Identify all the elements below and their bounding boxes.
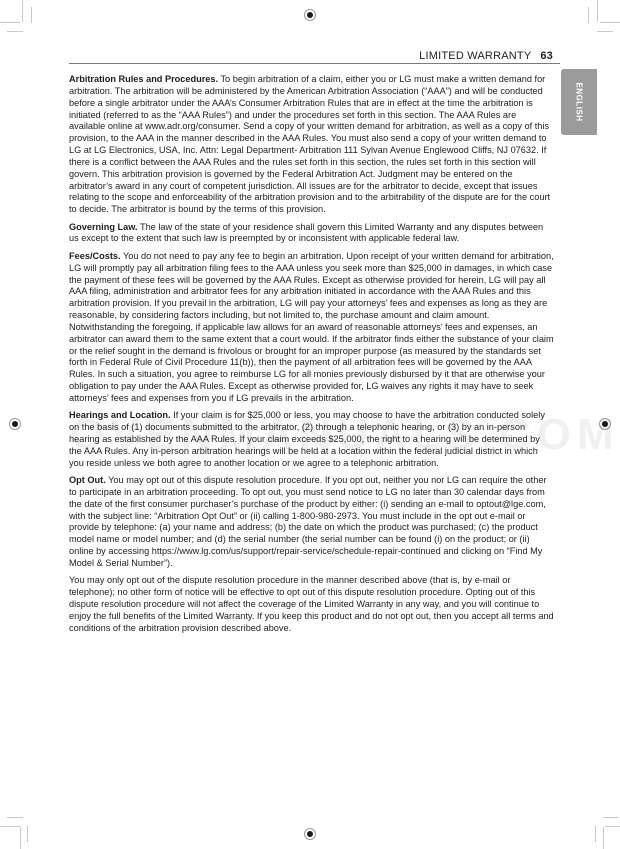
crop-mark-top-right	[597, 31, 613, 32]
section-heading: Fees/Costs.	[69, 251, 121, 261]
language-tab: ENGLISH	[561, 69, 597, 135]
section-opt-out: Opt Out. You may opt out of this dispute…	[69, 475, 554, 570]
crop-mark-bottom-right	[603, 817, 618, 818]
section-governing-law: Governing Law. The law of the state of y…	[69, 222, 554, 246]
crop-mark-top-left	[31, 7, 32, 23]
registration-mark-icon	[599, 418, 611, 430]
crop-mark-bottom-left	[27, 826, 28, 842]
section-arbitration-rules: Arbitration Rules and Procedures. To beg…	[69, 74, 554, 216]
section-heading: Arbitration Rules and Procedures.	[69, 74, 218, 84]
section-body: You do not need to pay any fee to begin …	[69, 251, 554, 403]
crop-mark-bottom-right	[595, 826, 596, 842]
crop-mark-bottom-left	[0, 826, 20, 827]
crop-mark-top-right	[597, 0, 598, 22]
header-title: LIMITED WARRANTY	[419, 50, 531, 62]
section-opt-out-manner: You may only opt out of the dispute reso…	[69, 575, 554, 634]
language-tab-label: ENGLISH	[575, 82, 584, 121]
crop-mark-top-left	[7, 31, 23, 32]
section-body: The law of the state of your residence s…	[69, 222, 543, 244]
section-heading: Opt Out.	[69, 475, 106, 485]
section-heading: Governing Law.	[69, 222, 138, 232]
crop-mark-bottom-left	[7, 817, 23, 818]
registration-mark-icon	[304, 828, 316, 840]
section-body: To begin arbitration of a claim, either …	[69, 74, 550, 214]
section-body: You may opt out of this dispute resoluti…	[69, 475, 547, 568]
crop-mark-bottom-right	[605, 826, 620, 827]
crop-mark-bottom-left	[20, 827, 21, 849]
section-fees-costs: Fees/Costs. You do not need to pay any f…	[69, 251, 554, 405]
header-rule	[69, 63, 560, 64]
registration-mark-icon	[9, 418, 21, 430]
crop-mark-bottom-right	[603, 827, 604, 849]
section-hearings-location: Hearings and Location. If your claim is …	[69, 410, 554, 469]
section-heading: Hearings and Location.	[69, 410, 171, 420]
warranty-content: Arbitration Rules and Procedures. To beg…	[69, 74, 554, 640]
crop-mark-top-right	[588, 7, 589, 23]
page-number: 63	[540, 50, 553, 62]
crop-mark-top-left	[0, 22, 20, 23]
crop-mark-top-left	[22, 0, 23, 22]
section-body: You may only opt out of the dispute reso…	[69, 575, 554, 632]
page-header: LIMITED WARRANTY63	[419, 50, 553, 62]
crop-mark-top-right	[600, 22, 620, 23]
registration-mark-icon	[304, 9, 316, 21]
